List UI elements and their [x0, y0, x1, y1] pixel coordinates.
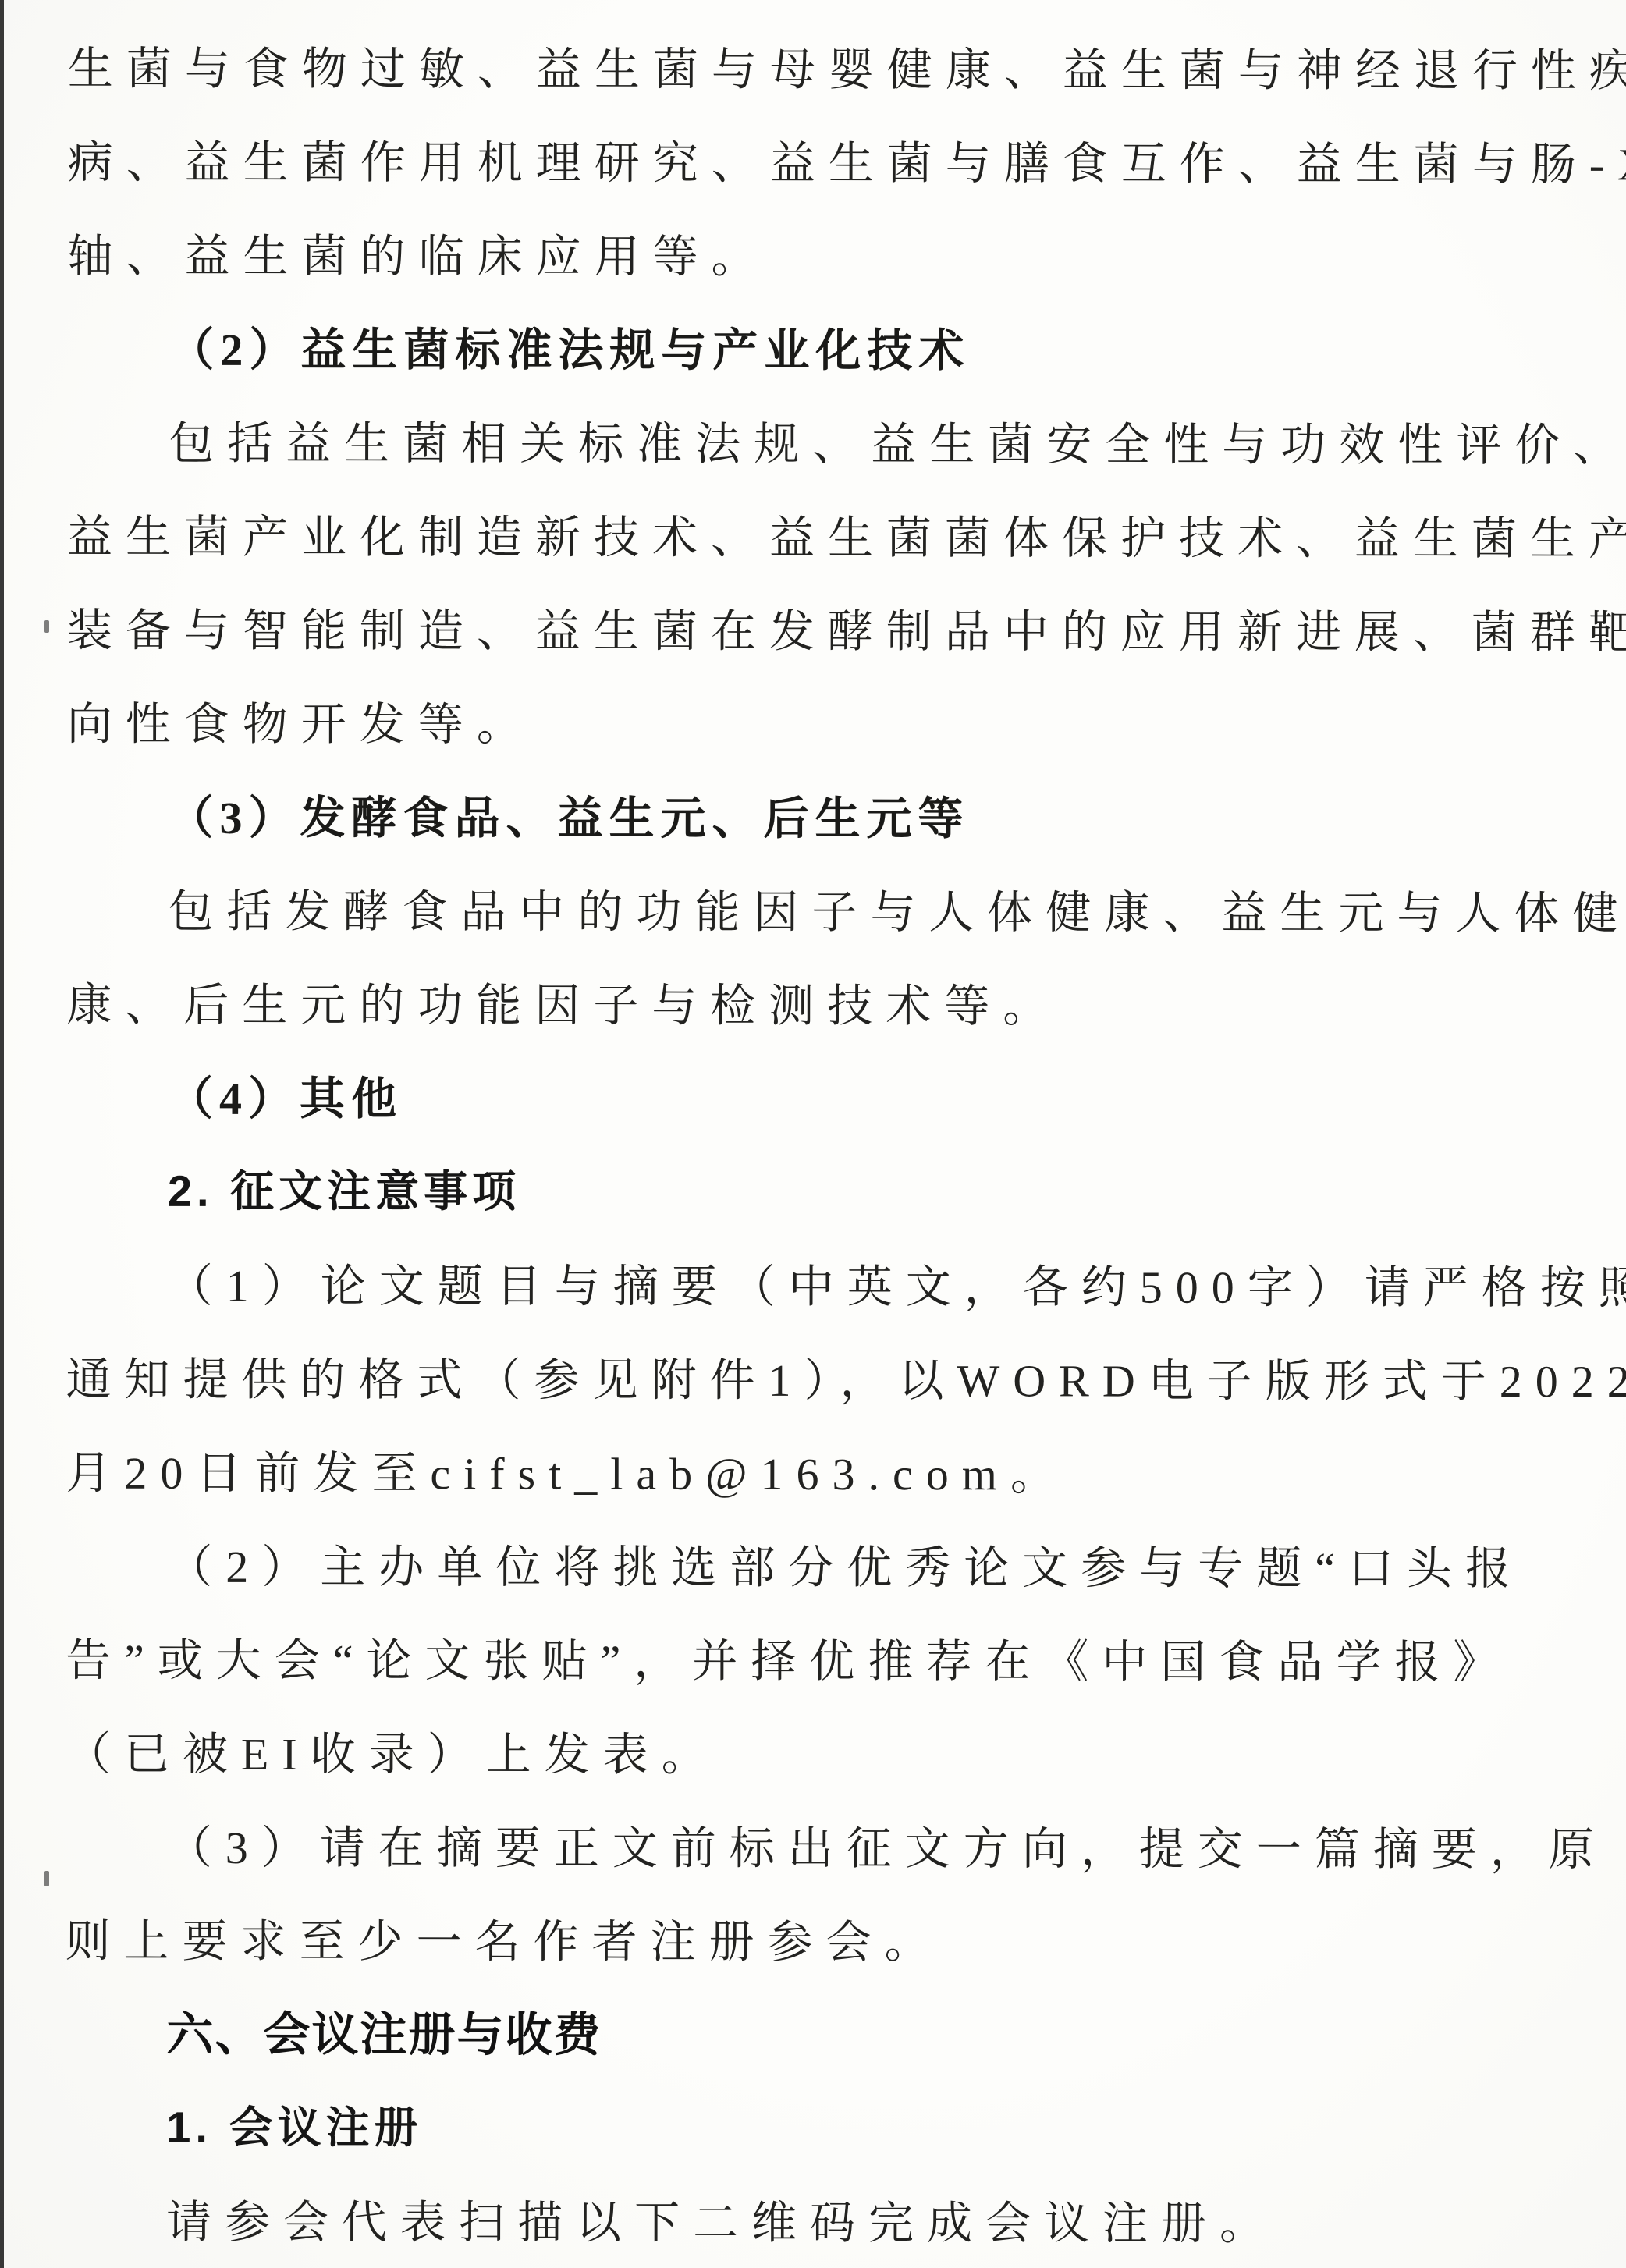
subheading-topic-4: （4）其他 — [66, 1048, 1595, 1144]
text-line-note-3: （3）请在摘要正文前标出征文方向，提交一篇摘要，原 — [66, 1797, 1594, 1893]
text-line-paragraph: 包括发酵食品中的功能因子与人体健康、益生元与人体健 — [66, 861, 1595, 957]
text-line-topic-continuation: 生菌与食物过敏、益生菌与母婴健康、益生菌与神经退行性疾 — [68, 18, 1596, 114]
text-line-paragraph: 包括益生菌相关标准法规、益生菌安全性与功效性评价、 — [67, 392, 1596, 488]
subheading-topic-3: （3）发酵食品、益生元、后生元等 — [67, 767, 1596, 863]
heading-meeting-registration: 1. 会议注册 — [65, 2078, 1593, 2174]
text-line-paragraph: 益生菌产业化制造新技术、益生菌菌体保护技术、益生菌生产 — [67, 486, 1596, 582]
text-line-note-1: （1）论文题目与摘要（中英文，各约500字）请严格按照 — [66, 1235, 1595, 1331]
scan-speck-artifact — [44, 620, 49, 633]
text-line-note-1-continuation: 月20日前发至cifst_lab@163.com。 — [66, 1422, 1594, 1518]
scan-speck-artifact — [44, 1871, 49, 1886]
document-page: 生菌与食物过敏、益生菌与母婴健康、益生菌与神经退行性疾 病、益生菌作用机理研究、… — [0, 0, 1626, 2268]
text-line-topic-continuation: 病、益生菌作用机理研究、益生菌与膳食互作、益生菌与肠-X — [68, 112, 1596, 208]
scan-edge-artifact — [0, 0, 4, 2268]
text-line-note-2-continuation: 告”或大会“论文张贴”，并择优推荐在《中国食品学报》 — [66, 1610, 1594, 1705]
text-line-note-2: （2）主办单位将挑选部分优秀论文参与专题“口头报 — [66, 1516, 1594, 1612]
text-line-paragraph: 向性食物开发等。 — [67, 673, 1596, 769]
text-line-note-3-continuation: 则上要求至少一名作者注册参会。 — [65, 1890, 1593, 1986]
text-line-paragraph: 康、后生元的功能因子与检测技术等。 — [66, 954, 1595, 1050]
page-text-block: 生菌与食物过敏、益生菌与母婴健康、益生菌与神经退行性疾 病、益生菌作用机理研究、… — [65, 18, 1596, 2267]
text-line-topic-continuation: 轴、益生菌的临床应用等。 — [68, 205, 1596, 301]
heading-submission-notes: 2. 征文注意事项 — [66, 1141, 1595, 1237]
text-line-registration-intro: 请参会代表扫描以下二维码完成会议注册。 — [65, 2171, 1593, 2267]
section-heading-registration: 六、会议注册与收费 — [65, 1984, 1593, 2080]
text-line-paragraph: 装备与智能制造、益生菌在发酵制品中的应用新进展、菌群靶 — [67, 580, 1596, 676]
text-line-note-2-continuation: （已被EI收录）上发表。 — [66, 1703, 1594, 1799]
subheading-topic-2: （2）益生菌标准法规与产业化技术 — [67, 299, 1596, 395]
text-line-note-1-continuation: 通知提供的格式（参见附件1），以WORD电子版形式于2022年4 — [66, 1329, 1594, 1425]
